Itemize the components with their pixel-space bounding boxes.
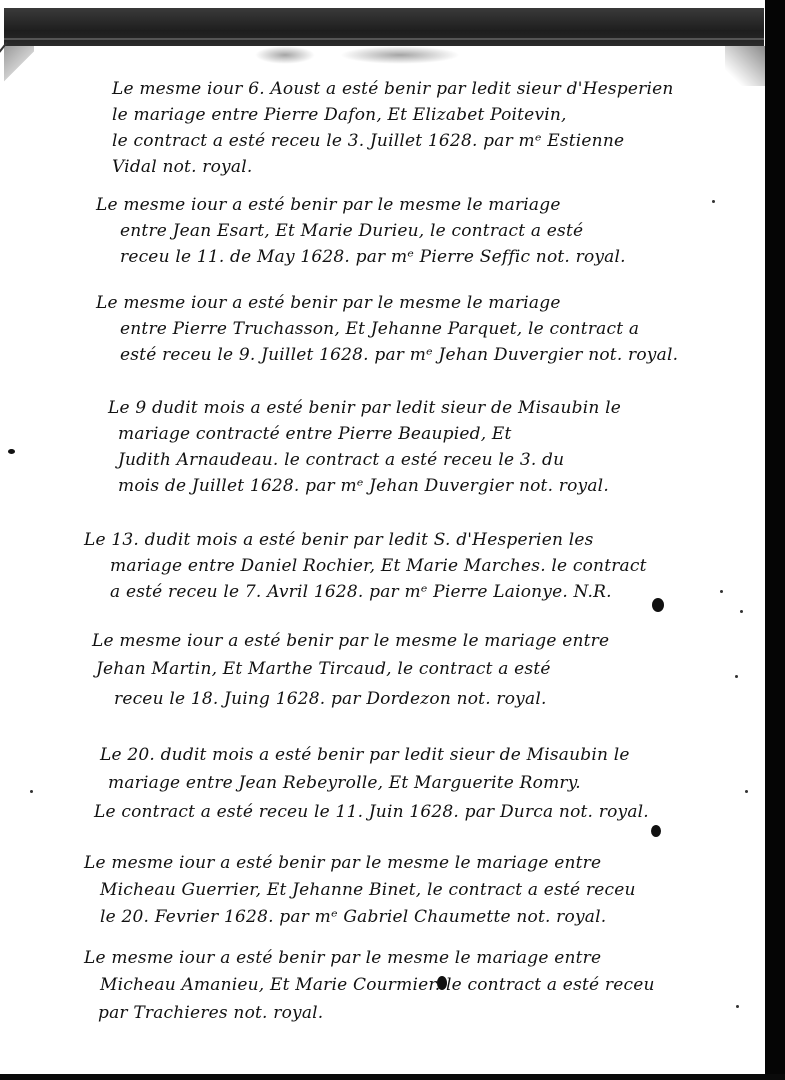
entry-line: Le mesme iour a esté benir par le mesme … bbox=[96, 290, 678, 316]
entry-line: le contract a esté receu le 3. Juillet 1… bbox=[112, 128, 674, 154]
scan-right-border bbox=[765, 0, 785, 1080]
marriage-entry-6: Le mesme iour a esté benir par le mesme … bbox=[92, 628, 609, 714]
entry-line: entre Jean Esart, Et Marie Durieu, le co… bbox=[96, 218, 626, 244]
marriage-entry-2: Le mesme iour a esté benir par le mesme … bbox=[96, 192, 626, 270]
register-page: Le mesme iour 6. Aoust a esté benir par … bbox=[0, 0, 765, 1074]
entry-line: Micheau Amanieu, Et Marie Courmier. le c… bbox=[84, 971, 655, 999]
entry-line: Le contract a esté receu le 11. Juin 162… bbox=[94, 798, 649, 826]
marriage-entry-7: Le 20. dudit mois a esté benir par ledit… bbox=[100, 742, 649, 826]
entry-line: mariage contracté entre Pierre Beaupied,… bbox=[108, 421, 621, 447]
entry-line: le mariage entre Pierre Dafon, Et Elizab… bbox=[112, 102, 674, 128]
marriage-entry-4: Le 9 dudit mois a esté benir par ledit s… bbox=[108, 395, 621, 499]
entry-line: receu le 18. Juing 1628. par Dordezon no… bbox=[92, 684, 609, 714]
paper-speck bbox=[30, 790, 33, 793]
entry-line: mois de Juillet 1628. par mᵉ Jehan Duver… bbox=[108, 473, 621, 499]
ink-blot bbox=[651, 825, 661, 837]
paper-speck bbox=[720, 590, 723, 593]
paper-speck bbox=[735, 675, 738, 678]
entry-line: Le mesme iour 6. Aoust a esté benir par … bbox=[112, 76, 674, 102]
marriage-entry-9: Le mesme iour a esté benir par le mesme … bbox=[84, 945, 655, 1027]
marriage-entry-5: Le 13. dudit mois a esté benir par ledit… bbox=[84, 527, 647, 605]
entry-line: Le mesme iour a esté benir par le mesme … bbox=[96, 192, 626, 218]
scan-bottom-border bbox=[0, 1074, 785, 1080]
entry-line: Vidal not. royal. bbox=[112, 154, 674, 180]
entry-line: Jehan Martin, Et Marthe Tircaud, le cont… bbox=[92, 654, 609, 684]
entry-line: Micheau Guerrier, Et Jehanne Binet, le c… bbox=[84, 876, 636, 904]
entry-line: Le 9 dudit mois a esté benir par ledit s… bbox=[108, 395, 621, 421]
entry-line: esté receu le 9. Juillet 1628. par mᵉ Je… bbox=[96, 342, 678, 368]
entry-line: par Trachieres not. royal. bbox=[84, 999, 655, 1027]
scanned-register-page: Le mesme iour 6. Aoust a esté benir par … bbox=[0, 0, 785, 1080]
entry-line: a esté receu le 7. Avril 1628. par mᵉ Pi… bbox=[84, 579, 647, 605]
ink-blot bbox=[8, 449, 15, 454]
entry-line: entre Pierre Truchasson, Et Jehanne Parq… bbox=[96, 316, 678, 342]
paper-speck bbox=[745, 790, 748, 793]
entry-line: Le mesme iour a esté benir par le mesme … bbox=[84, 945, 655, 971]
paper-speck bbox=[712, 200, 715, 203]
paper-speck bbox=[736, 1005, 739, 1008]
entry-line: Le mesme iour a esté benir par le mesme … bbox=[84, 850, 636, 876]
entry-line: mariage entre Daniel Rochier, Et Marie M… bbox=[84, 553, 647, 579]
entry-line: Judith Arnaudeau. le contract a esté rec… bbox=[108, 447, 621, 473]
paper-speck bbox=[740, 610, 743, 613]
marriage-entry-3: Le mesme iour a esté benir par le mesme … bbox=[96, 290, 678, 368]
entry-line: Le 13. dudit mois a esté benir par ledit… bbox=[84, 527, 647, 553]
marriage-entry-8: Le mesme iour a esté benir par le mesme … bbox=[84, 850, 636, 930]
entry-line: receu le 11. de May 1628. par mᵉ Pierre … bbox=[96, 244, 626, 270]
ink-blot bbox=[652, 598, 664, 612]
marriage-entry-1: Le mesme iour 6. Aoust a esté benir par … bbox=[112, 76, 674, 180]
entry-line: Le mesme iour a esté benir par le mesme … bbox=[92, 628, 609, 654]
ink-blot bbox=[437, 976, 447, 990]
entry-line: Le 20. dudit mois a esté benir par ledit… bbox=[100, 742, 649, 768]
entry-line: le 20. Fevrier 1628. par mᵉ Gabriel Chau… bbox=[84, 904, 636, 930]
entry-line: mariage entre Jean Rebeyrolle, Et Margue… bbox=[100, 768, 649, 798]
